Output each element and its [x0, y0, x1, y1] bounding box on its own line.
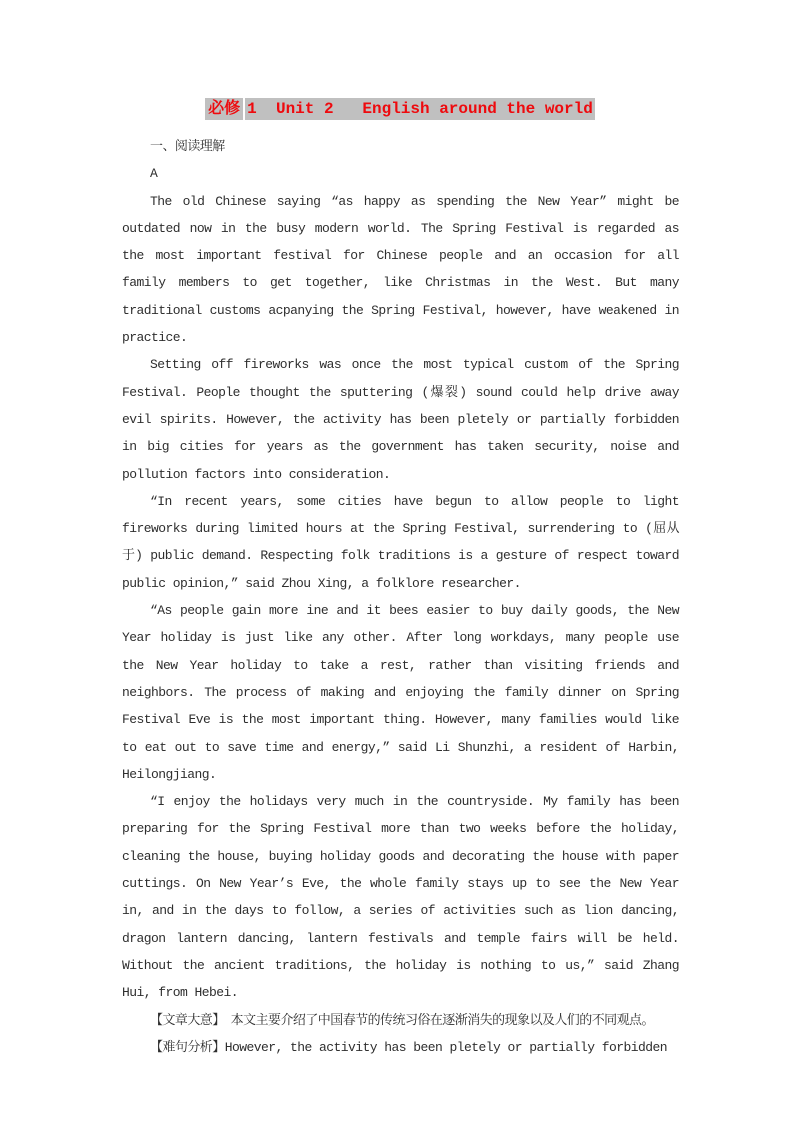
passage-paragraph-2: Setting off fireworks was once the most …: [122, 351, 679, 487]
sentence-analysis: 【难句分析】However, the activity has been ple…: [122, 1034, 679, 1061]
title-course-label: 必修: [205, 98, 243, 120]
passage-paragraph-3: “In recent years, some cities have begun…: [122, 488, 679, 597]
title-unit-text: 1 Unit 2 English around the world: [245, 98, 595, 120]
passage-content: 一、阅读理解 A The old Chinese saying “as happ…: [122, 133, 679, 1061]
section-heading: 一、阅读理解: [122, 133, 679, 160]
passage-summary: 【文章大意】 本文主要介绍了中国春节的传统习俗在逐渐消失的现象以及人们的不同观点…: [122, 1007, 679, 1034]
passage-paragraph-1: The old Chinese saying “as happy as spen…: [122, 188, 679, 352]
page-title: 必修1 Unit 2 English around the world: [0, 97, 800, 121]
passage-paragraph-5: “I enjoy the holidays very much in the c…: [122, 788, 679, 1006]
document-page: 必修1 Unit 2 English around the world 一、阅读…: [0, 0, 800, 1132]
passage-paragraph-4: “As people gain more ine and it bees eas…: [122, 597, 679, 788]
passage-label: A: [122, 160, 679, 187]
